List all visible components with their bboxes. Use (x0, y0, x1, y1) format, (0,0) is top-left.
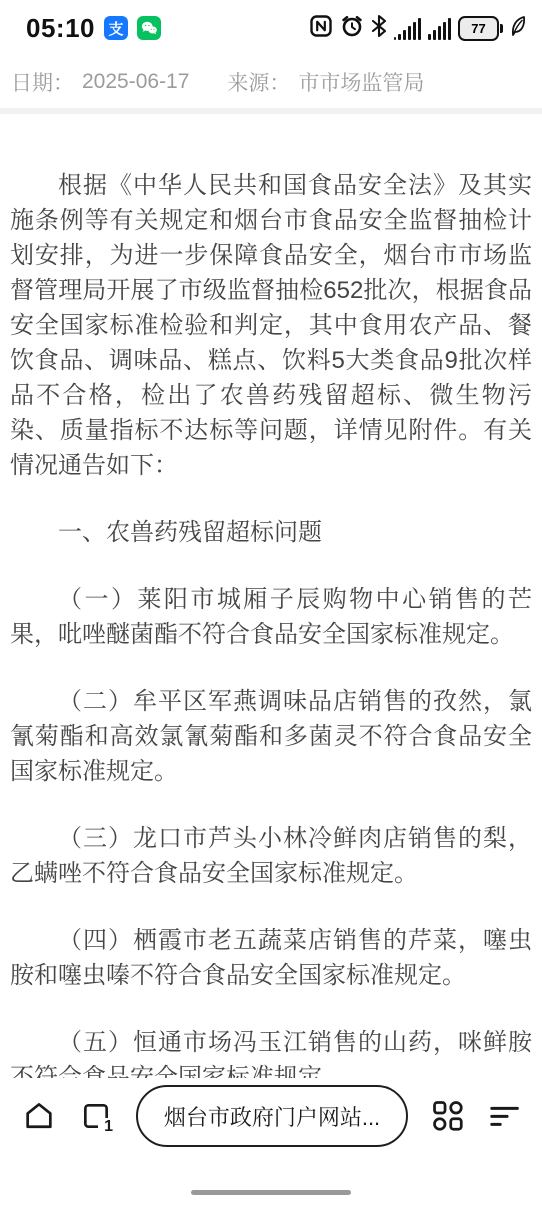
source-value: 市市场监管局 (298, 67, 424, 97)
article-meta-row: 日期： 2025-06-17 来源： 市市场监管局 (0, 57, 542, 107)
date-label: 日期： (11, 67, 74, 97)
home-icon[interactable] (22, 1099, 56, 1133)
article-paragraph: 根据《中华人民共和国食品安全法》及其实施条例等有关规定和烟台市食品安全监督抽检计… (10, 168, 532, 483)
alarm-icon (340, 14, 364, 43)
battery-indicator: 77 (458, 16, 503, 41)
address-bar[interactable]: 烟台市政府门户网站... (136, 1085, 408, 1147)
clock-text: 05:10 (26, 13, 95, 44)
tab-count-badge: 1 (103, 1119, 114, 1135)
menu-lines-icon[interactable] (488, 1100, 520, 1132)
signal-sim2-icon (428, 17, 451, 40)
address-bar-text: 烟台市政府门户网站... (164, 1101, 380, 1132)
status-bar: 05:10 支 (0, 0, 542, 56)
signal-sim1-icon (394, 17, 421, 40)
bluetooth-icon (371, 14, 387, 43)
tabs-icon[interactable]: 1 (80, 1100, 112, 1132)
article-paragraph: （四）栖霞市老五蔬菜店销售的芹菜，噻虫胺和噻虫嗪不符合食品安全国家标准规定。 (10, 923, 532, 993)
nfc-icon (309, 14, 333, 43)
article-paragraph: （三）龙口市芦头小林冷鲜肉店销售的梨，乙螨唑不符合食品安全国家标准规定。 (10, 821, 532, 891)
article-paragraph: （二）牟平区军燕调味品店销售的孜然，氯氰菊酯和高效氯氰菊酯和多菌灵不符合食品安全… (10, 684, 532, 789)
source-label: 来源： (227, 67, 290, 97)
wechat-notification-icon (137, 16, 161, 40)
article-section-heading: 一、农兽药残留超标问题 (10, 515, 532, 550)
power-save-leaf-icon (510, 15, 526, 42)
article-body: 根据《中华人民共和国食品安全法》及其实施条例等有关规定和烟台市食品安全监督抽检计… (0, 114, 542, 1078)
last-paragraph-clipped-text: 不符合食品安全国家标准规定。 (10, 1064, 346, 1078)
last-paragraph-visible-text: （五）恒通市场冯玉江销售的山药，咪鲜胺 (58, 1029, 532, 1056)
gesture-handle[interactable] (191, 1190, 351, 1195)
article-paragraph-clipped: （五）恒通市场冯玉江销售的山药，咪鲜胺不符合食品安全国家标准规定。 (10, 1025, 532, 1078)
date-value: 2025-06-17 (82, 70, 189, 94)
alipay-notification-icon: 支 (104, 16, 128, 40)
battery-percent-text: 77 (471, 22, 485, 35)
apps-grid-icon[interactable] (432, 1100, 464, 1132)
article-paragraph: （一）莱阳市城厢子辰购物中心销售的芒果，吡唑醚菌酯不符合食品安全国家标准规定。 (10, 582, 532, 652)
browser-bottom-bar: 1 烟台市政府门户网站... (0, 1078, 542, 1206)
battery-nub (500, 24, 503, 33)
